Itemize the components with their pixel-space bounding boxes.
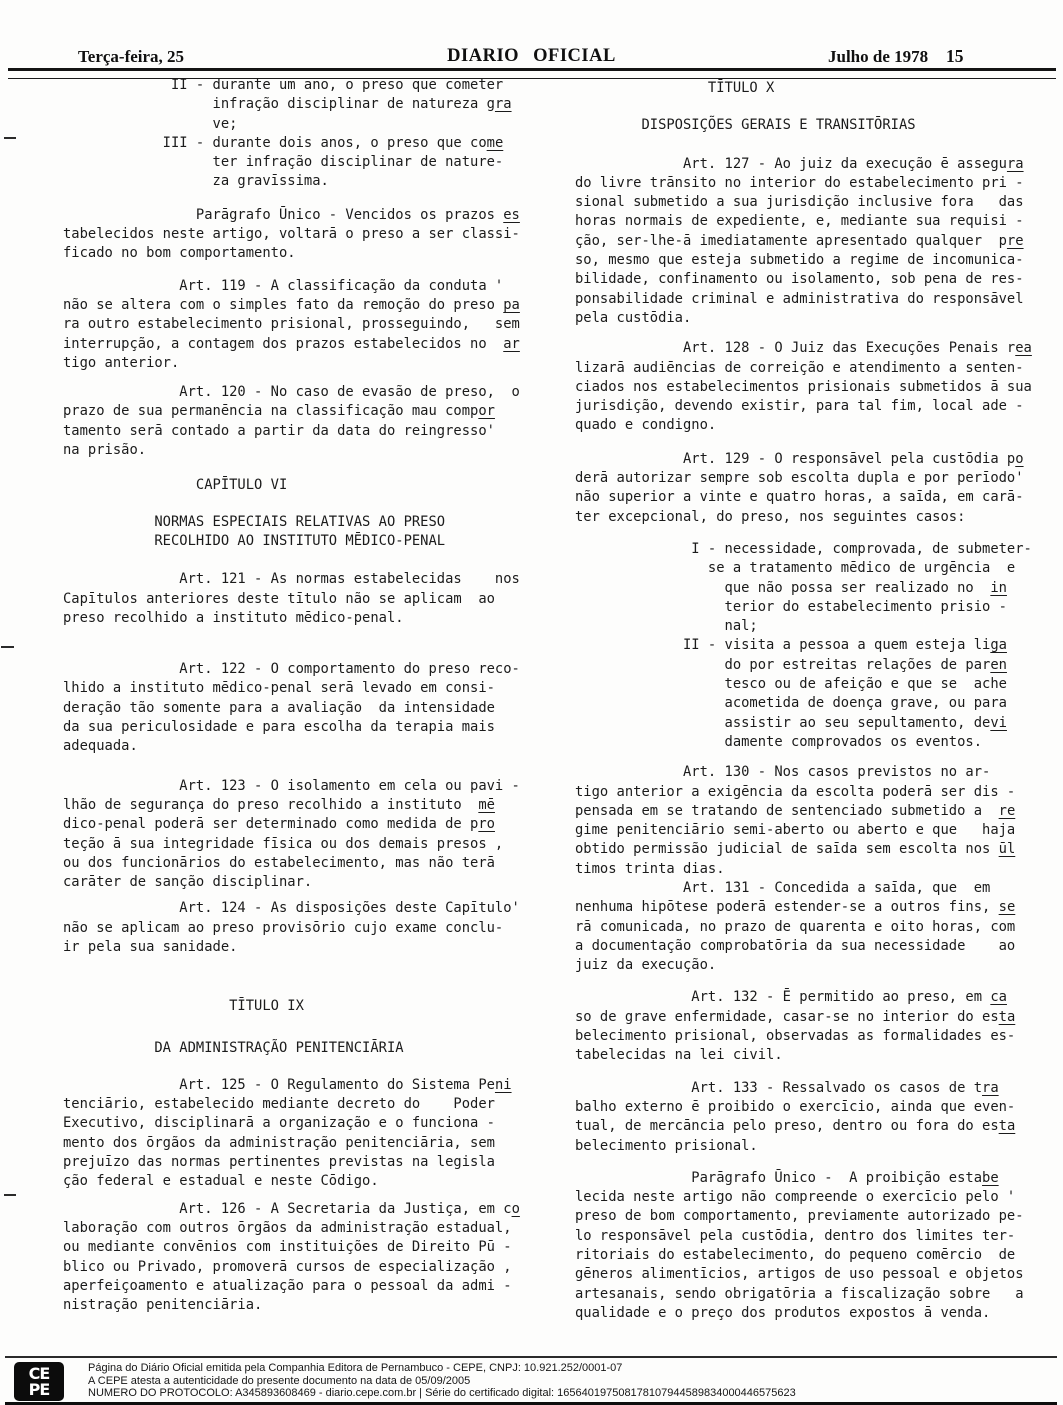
text-block: Art. 125 - O Regulamento do Sistema Peni…	[63, 1076, 541, 1192]
underlined-syllable: ar	[503, 336, 520, 352]
text-line: ciados nos estabelecimentos prisionais s…	[575, 378, 1020, 397]
underlined-syllable: se	[999, 899, 1016, 915]
cepe-logo-bottom: PE	[29, 1382, 50, 1398]
underlined-syllable: in	[990, 580, 1007, 596]
text-line: nal;	[575, 617, 1020, 636]
text-line: Art. 121 - As normas estabelecidas nos	[63, 570, 541, 589]
underlined-syllable: ra	[1007, 156, 1024, 172]
text-line: I - necessidade, comprovada, de submeter…	[575, 540, 1020, 559]
text-line: jurisdição, devendo existir, para tal fi…	[575, 397, 1020, 416]
underlined-syllable: ea	[1015, 340, 1032, 356]
text-line: nistração penitenciāria.	[63, 1296, 541, 1315]
text-line: Art. 128 - O Juiz das Execuções Penais r…	[575, 339, 1020, 358]
text-line: lecida neste artigo não compreende o exe…	[575, 1188, 1020, 1207]
text-block: CAPĪTULO VI	[63, 476, 541, 495]
text-block: Art. 124 - As disposições deste Capītulo…	[63, 899, 541, 957]
text-line: assistir ao seu sepultamento, devi	[575, 714, 1020, 733]
text-line: CAPĪTULO VI	[63, 476, 541, 495]
certification-line-2: A CEPE atesta a autenticidade do present…	[88, 1375, 796, 1388]
text-block: Art. 133 - Ressalvado os casos de trabal…	[575, 1079, 1020, 1156]
underlined-syllable: ca	[990, 989, 1007, 1005]
text-line: ritoriais do estabelecimento, do pequeno…	[575, 1246, 1020, 1265]
text-line: Art. 123 - O isolamento em cela ou pavi …	[63, 777, 541, 796]
text-block: Art. 119 - A classificação da conduta 'n…	[63, 277, 541, 373]
text-line: sional submetido a sua jurisdição inclus…	[575, 193, 1020, 212]
underlined-syllable: me	[487, 135, 504, 151]
text-line: interrupção, a contagem dos prazos estab…	[63, 335, 541, 354]
text-block: Parāgrafo Ūnico - A proibição estabeleci…	[575, 1169, 1020, 1323]
text-block: Art. 129 - O responsāvel pela custōdia p…	[575, 450, 1020, 527]
text-line: deração tão somente para a avaliação da …	[63, 699, 541, 718]
text-line: Art. 129 - O responsāvel pela custōdia p…	[575, 450, 1020, 469]
text-line: II - durante um ano, o preso que cometer	[63, 76, 541, 95]
text-line: mento dos ōrgãos da administração penite…	[63, 1134, 541, 1153]
certification-text: Página do Diário Oficial emitida pela Co…	[88, 1362, 796, 1400]
text-line: tigo anterior a exigēncia da escolta pod…	[575, 783, 1020, 802]
text-line: damente comprovados os eventos.	[575, 733, 1020, 752]
text-line: preso recolhido a instituto mēdico-penal…	[63, 609, 541, 628]
text-line: juiz da execução.	[575, 956, 1020, 975]
text-line: Art. 120 - No caso de evasão de preso, o	[63, 383, 541, 402]
text-line: teção ā sua integridade fīsica ou dos de…	[63, 835, 541, 854]
text-block: Art. 123 - O isolamento em cela ou pavi …	[63, 777, 541, 893]
left-column: II - durante um ano, o preso que cometer…	[63, 76, 541, 1315]
text-block: Parāgrafo Ūnico - Vencidos os prazos est…	[63, 206, 541, 264]
text-line: tenciārio, estabelecido mediante decreto…	[63, 1095, 541, 1114]
text-line: Art. 131 - Concedida a saīda, que em	[575, 879, 1020, 898]
text-block: NORMAS ESPECIAIS RELATIVAS AO PRESO RECO…	[63, 513, 541, 552]
text-line: balho externo ē proibido o exercīcio, ai…	[575, 1098, 1020, 1117]
text-line: do por estreitas relações de paren	[575, 656, 1020, 675]
text-line: belecimento prisional.	[575, 1137, 1020, 1156]
text-line: timos trinta dias.	[575, 860, 1020, 879]
text-line: TĪTULO X	[575, 79, 1020, 98]
text-line: ponsabilidade criminal e administrativa …	[575, 290, 1020, 309]
text-line: tabelecidas na lei civil.	[575, 1046, 1020, 1065]
text-line: ir pela sua sanidade.	[63, 938, 541, 957]
text-line: acometida de doença grave, ou para	[575, 694, 1020, 713]
text-line: ou dos funcionārios do estabelecimento, …	[63, 854, 541, 873]
text-line: so de grave enfermidade, casar-se no int…	[575, 1008, 1020, 1027]
underlined-syllable: ga	[990, 637, 1007, 653]
text-line: rā comunicada, no prazo de quarenta e oi…	[575, 918, 1020, 937]
text-block: Art. 120 - No caso de evasão de preso, o…	[63, 383, 541, 460]
text-line: Art. 122 - O comportamento do preso reco…	[63, 660, 541, 679]
text-line: ra outro estabelecimento prisional, pros…	[63, 315, 541, 334]
text-block: Art. 132 - Ē permitido ao preso, em caso…	[575, 988, 1020, 1065]
gazette-page: Terça-feira, 25 DIARIO OFICIAL Julho de …	[0, 0, 1063, 1405]
text-line: laboração com outros ōrgãos da administr…	[63, 1219, 541, 1238]
underlined-syllable: be	[982, 1170, 999, 1186]
text-line: RECOLHIDO AO INSTITUTO MĒDICO-PENAL	[63, 532, 541, 551]
text-block: Art. 128 - O Juiz das Execuções Penais r…	[575, 339, 1020, 435]
text-block: Art. 121 - As normas estabelecidas nosCa…	[63, 570, 541, 628]
text-block: DISPOSIÇÕES GERAIS E TRANSITŌRIAS	[575, 116, 1020, 135]
month-year: Julho de 1978	[828, 47, 928, 67]
text-line: pela custōdia.	[575, 309, 1020, 328]
text-line: se a tratamento mēdico de urgēncia e	[575, 559, 1020, 578]
page-number: 15	[946, 46, 964, 67]
text-line: prazo de sua permanēncia na classificaçã…	[63, 402, 541, 421]
text-line: ou mediante convēnios com instituições d…	[63, 1238, 541, 1257]
text-line: bilidade, confinamento ou isolamento, so…	[575, 270, 1020, 289]
text-line: gime penitenciārio semi-aberto ou aberto…	[575, 821, 1020, 840]
text-line: ter excepcional, do preso, nos seguintes…	[575, 508, 1020, 527]
certification-line-1: Página do Diário Oficial emitida pela Co…	[88, 1362, 796, 1375]
text-line: na prisão.	[63, 441, 541, 460]
certification-line-3: NUMERO DO PROTOCOLO: A345893608469 - dia…	[88, 1387, 796, 1400]
text-line: aperfeiçoamento e atualização para o pes…	[63, 1277, 541, 1296]
text-line: tesco ou de afeição e que se ache	[575, 675, 1020, 694]
right-column: TĪTULO X DISPOSIÇÕES GERAIS E TRANSITŌRI…	[575, 79, 1020, 1323]
text-line: tabelecidos neste artigo, voltarā o pres…	[63, 225, 541, 244]
text-block: Art. 122 - O comportamento do preso reco…	[63, 660, 541, 756]
text-line: do livre trānsito no interior do estabel…	[575, 174, 1020, 193]
text-line: Art. 119 - A classificação da conduta '	[63, 277, 541, 296]
text-line: lhão de segurança do preso recolhido a i…	[63, 796, 541, 815]
text-block: Art. 126 - A Secretaria da Justiça, em c…	[63, 1200, 541, 1316]
text-line: ter infração disciplinar de nature-	[63, 153, 541, 172]
text-line: gēneros alimentīcios, artigos de uso pes…	[575, 1265, 1020, 1284]
text-line: Capītulos anteriores deste tītulo não se…	[63, 590, 541, 609]
margin-mark	[4, 1194, 16, 1196]
text-line: DA ADMINISTRAÇÃO PENITENCIĀRIA	[63, 1039, 541, 1058]
text-line: artesanais, sendo obrigatōria a fiscaliz…	[575, 1285, 1020, 1304]
text-line: carāter de sanção disciplinar.	[63, 873, 541, 892]
text-line: Parāgrafo Ūnico - Vencidos os prazos es	[63, 206, 541, 225]
text-line: Parāgrafo Ūnico - A proibição estabe	[575, 1169, 1020, 1188]
text-line: Art. 124 - As disposições deste Capītulo…	[63, 899, 541, 918]
text-line: za gravīssima.	[63, 172, 541, 191]
text-line: não se altera com o simples fato da remo…	[63, 296, 541, 315]
text-line: terior do estabelecimento prisio -	[575, 598, 1020, 617]
text-line: TĪTULO IX	[63, 997, 541, 1016]
text-line: que não possa ser realizado no in	[575, 579, 1020, 598]
text-line: derā autorizar sempre sob escolta dupla …	[575, 469, 1020, 488]
text-line: Art. 130 - Nos casos previstos no ar-	[575, 763, 1020, 782]
underlined-syllable: ta	[999, 1118, 1016, 1134]
underlined-syllable: re	[1007, 233, 1024, 249]
cepe-logo: CE PE	[14, 1362, 64, 1401]
text-line: obtido permissão judicial de saīda sem e…	[575, 840, 1020, 859]
underlined-syllable: vi	[990, 715, 1007, 731]
underlined-syllable: o	[1015, 451, 1023, 467]
text-line: lizarā audiēncias de correição e atendim…	[575, 359, 1020, 378]
text-line: Art. 132 - Ē permitido ao preso, em ca	[575, 988, 1020, 1007]
text-line: lo responsāvel pela custōdia, dentro dos…	[575, 1227, 1020, 1246]
underlined-syllable: mē	[478, 797, 495, 813]
text-line: adequada.	[63, 737, 541, 756]
text-line: so, mesmo que esteja submetido a regime …	[575, 251, 1020, 270]
text-line: a documentação comprobatōria da sua nece…	[575, 937, 1020, 956]
underlined-syllable: pa	[503, 297, 520, 313]
text-line: lhido a instituto mēdico-penal serā leva…	[63, 679, 541, 698]
text-block: TĪTULO IX	[63, 997, 541, 1016]
text-line: Art. 125 - O Regulamento do Sistema Peni	[63, 1076, 541, 1095]
text-line: Art. 133 - Ressalvado os casos de tra	[575, 1079, 1020, 1098]
text-line: tual, de mercāncia pelo preso, dentro ou…	[575, 1117, 1020, 1136]
text-line: blico ou Privado, promoverā cursos de es…	[63, 1258, 541, 1277]
text-line: ficado no bom comportamento.	[63, 244, 541, 263]
text-line: infração disciplinar de natureza gra	[63, 95, 541, 114]
text-line: preso de bom comportamento, previamente …	[575, 1207, 1020, 1226]
underlined-syllable: ni	[495, 1077, 512, 1093]
text-line: III - durante dois anos, o preso que com…	[63, 134, 541, 153]
text-line: não se aplicam ao preso provisōrio cujo …	[63, 919, 541, 938]
underlined-syllable: ro	[478, 816, 495, 832]
text-line: pensada em se tratando de sentenciado su…	[575, 802, 1020, 821]
text-line: qualidade e o preço dos produtos exposto…	[575, 1304, 1020, 1323]
text-line: da sua periculosidade e para escolha da …	[63, 718, 541, 737]
text-block: DA ADMINISTRAÇÃO PENITENCIĀRIA	[63, 1039, 541, 1058]
text-line: DISPOSIÇÕES GERAIS E TRANSITŌRIAS	[575, 116, 1020, 135]
underlined-syllable: ra	[982, 1080, 999, 1096]
text-line: ção, ser-lhe-ā imediatamente apresentado…	[575, 232, 1020, 251]
text-block: Art. 130 - Nos casos previstos no ar-tig…	[575, 763, 1020, 975]
margin-mark	[1, 646, 14, 648]
underlined-syllable: en	[990, 657, 1007, 673]
text-line: tigo anterior.	[63, 354, 541, 373]
text-line: tamento serā contado a partir da data do…	[63, 422, 541, 441]
text-line: ção federal e estadual e neste Cōdigo.	[63, 1172, 541, 1191]
text-line: quado e condigno.	[575, 416, 1020, 435]
text-line: belecimento prisional, observadas as for…	[575, 1027, 1020, 1046]
text-line: horas normais de expediente, e, mediante…	[575, 212, 1020, 231]
text-block: TĪTULO X	[575, 79, 1020, 98]
text-block: II - durante um ano, o preso que cometer…	[63, 76, 541, 192]
certification-footer: CE PE Página do Diário Oficial emitida p…	[5, 1356, 1057, 1405]
underlined-syllable: ta	[999, 1009, 1016, 1025]
text-line: nenhuma hipōtese poderā estender-se a ou…	[575, 898, 1020, 917]
text-line: dico-penal poderā ser determinado como m…	[63, 815, 541, 834]
text-line: Art. 127 - Ao juiz da execução ē assegur…	[575, 155, 1020, 174]
text-line: ve;	[63, 115, 541, 134]
margin-mark	[4, 137, 16, 139]
text-block: I - necessidade, comprovada, de submeter…	[575, 540, 1020, 752]
underlined-syllable: or	[478, 403, 495, 419]
underlined-syllable: o	[512, 1201, 520, 1217]
underlined-syllable: ūl	[999, 841, 1016, 857]
underlined-syllable: es	[503, 207, 520, 223]
text-block: Art. 127 - Ao juiz da execução ē assegur…	[575, 155, 1020, 329]
text-line: prejuīzo das normas pertinentes prevista…	[63, 1153, 541, 1172]
text-line: não superior a vinte e quatro horas, a s…	[575, 488, 1020, 507]
text-line: Executivo, disciplinarā a organização e …	[63, 1114, 541, 1133]
text-line: Art. 126 - A Secretaria da Justiça, em c…	[63, 1200, 541, 1219]
text-line: II - visita a pessoa a quem esteja liga	[575, 636, 1020, 655]
underlined-syllable: ra	[495, 96, 512, 112]
underlined-syllable: re	[999, 803, 1016, 819]
text-line: NORMAS ESPECIAIS RELATIVAS AO PRESO	[63, 513, 541, 532]
